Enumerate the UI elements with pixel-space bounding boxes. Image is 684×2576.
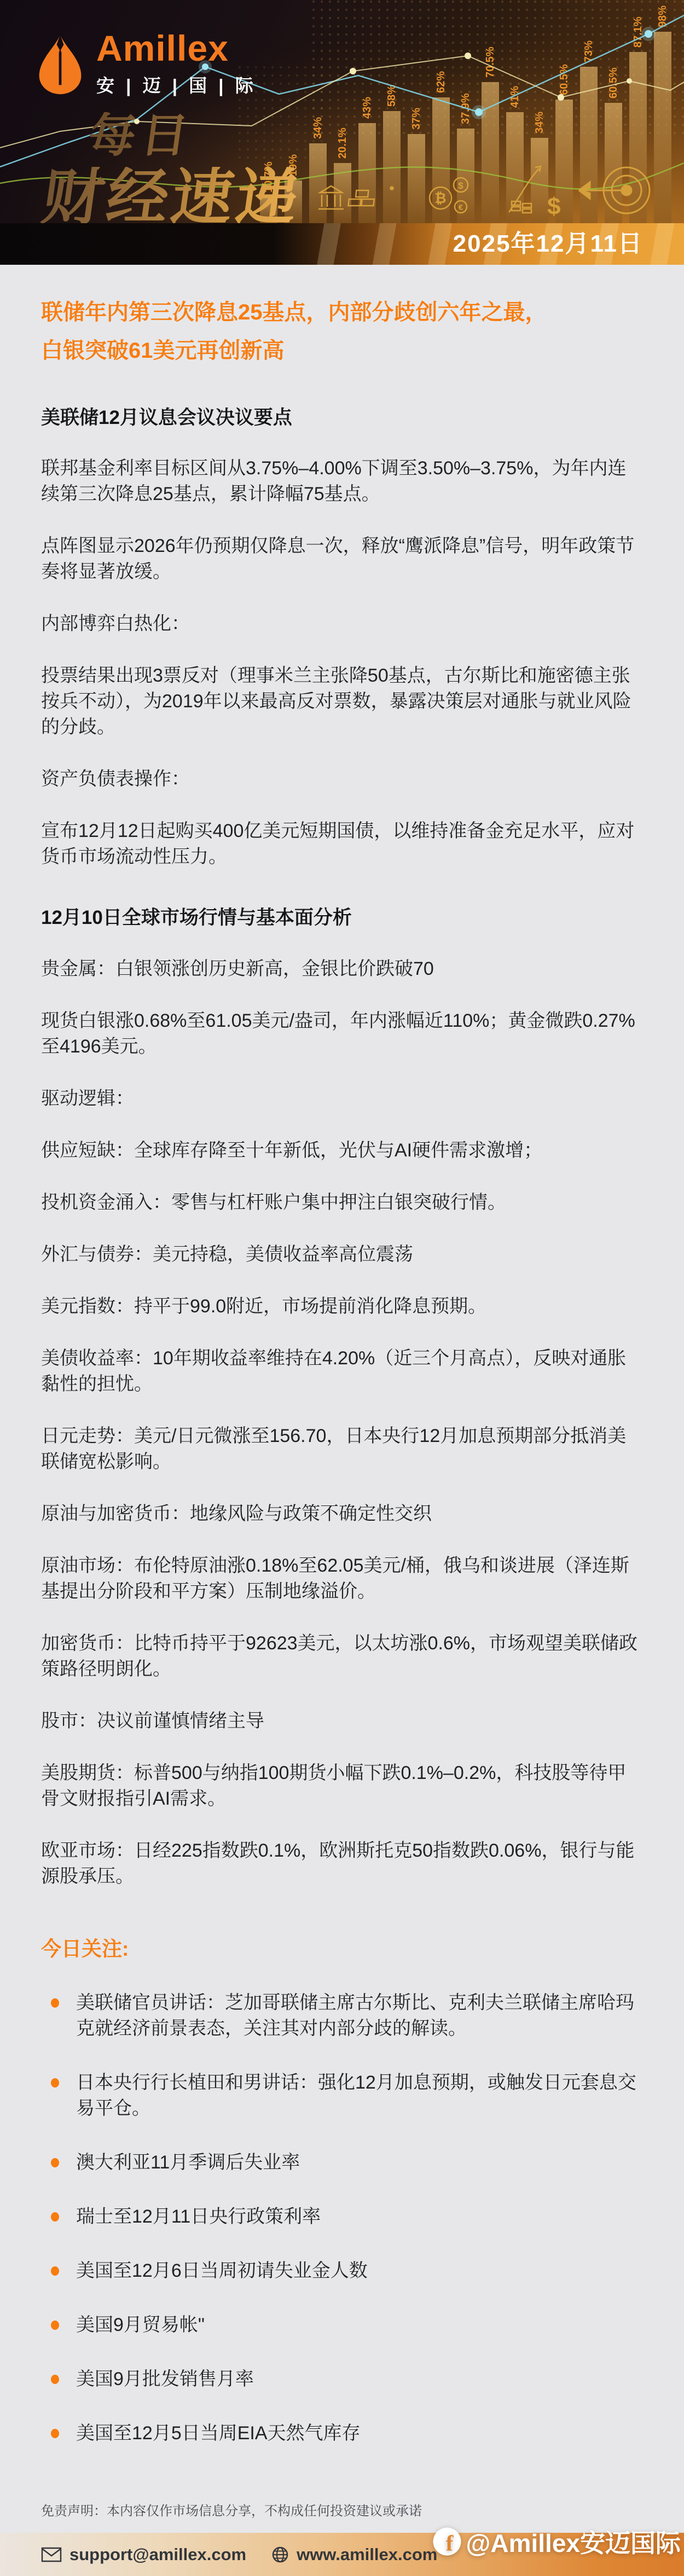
body-paragraph: 资产负债表操作：: [41, 766, 643, 792]
body-paragraph: 美债收益率：10年期收益率维持在4.20%（近三个月高点），反映对通胀黏性的担忧…: [41, 1346, 643, 1397]
page-title-line1: 每日: [48, 112, 313, 159]
body-paragraph: 投机资金涌入：零售与杠杆账户集中押注白银突破行情。: [41, 1190, 643, 1216]
svg-text:f: f: [445, 2531, 453, 2556]
focus-bullet-item: 澳大利亚11月季调后失业率: [41, 2150, 643, 2176]
body-paragraph: 宣布12月12日起购买400亿美元短期国债，以维持准备金充足水平，应对货币市场流…: [41, 818, 643, 870]
section-heading: 12月10日全球市场行情与基本面分析: [41, 905, 643, 931]
body-paragraph: 内部博弈白热化：: [41, 611, 643, 637]
date-banner: 2025年12月11日: [0, 223, 684, 265]
body-paragraph: 美股期货：标普500与纳指100期货小幅下跌0.1%–0.2%，科技股等待甲骨文…: [41, 1760, 643, 1812]
body-paragraph: 点阵图显示2026年仍预期仅降息一次，释放“鹰派降息”信号，明年政策节奏将显著放…: [41, 533, 643, 585]
body-paragraph: 驱动逻辑：: [41, 1086, 643, 1112]
envelope-icon: [41, 2547, 62, 2562]
body-paragraph: 现货白银涨0.68%至61.05美元/盎司，年内涨幅近110%；黄金微跌0.27…: [41, 1008, 643, 1060]
website-text: www.amillex.com: [297, 2545, 437, 2565]
body-paragraph: 投票结果出现3票反对（理事米兰主张降50基点，古尔斯比和施密德主张按兵不动），为…: [41, 663, 643, 740]
headline: 联储年内第三次降息25基点，内部分歧创六年之最， 白银突破61美元再创新高: [41, 293, 643, 370]
headline-line2: 白银突破61美元再创新高: [41, 332, 643, 370]
email-contact[interactable]: support@amillex.com: [41, 2545, 246, 2565]
focus-bullet-item: 瑞士至12月11日央行政策利率: [41, 2204, 643, 2230]
focus-bullet-item: 美国至12月5日当周EIA天然气库存: [41, 2421, 643, 2446]
body-paragraph: 加密货币：比特币持平于92623美元，以太坊涨0.6%，市场观望美联储政策路径明…: [41, 1631, 643, 1682]
percent-label: 34%: [312, 117, 324, 139]
headline-line1: 联储年内第三次降息25基点，内部分歧创六年之最，: [41, 293, 643, 332]
social-handle: @Amillex安迈国际: [466, 2523, 681, 2560]
focus-bullet-item: 美国9月贸易帐": [41, 2312, 643, 2338]
percent-label: 20.1%: [337, 127, 349, 159]
main-content: 联储年内第三次降息25基点，内部分歧创六年之最， 白银突破61美元再创新高 美联…: [0, 265, 684, 2533]
body-blocks: 美联储12月议息会议决议要点联邦基金利率目标区间从3.75%–4.00%下调至3…: [41, 405, 643, 1889]
flame-logo-icon: [38, 33, 82, 95]
percent-label: 60.5%: [607, 67, 619, 98]
body-paragraph: 原油市场：布伦特原油涨0.18%至62.05美元/桶，俄乌和谈进展（泽连斯基提出…: [41, 1553, 643, 1604]
brand-block: Amillex 安 | 迈 | 国 | 际: [38, 30, 257, 97]
percent-label: 58%: [386, 85, 398, 107]
svg-text:$: $: [458, 181, 463, 191]
percent-label: 62%: [435, 71, 447, 93]
body-paragraph: 原油与加密货币：地缘风险与政策不确定性交织: [41, 1501, 643, 1527]
percent-label: 60.5%: [558, 64, 570, 95]
focus-bullet-item: 美国9月批发销售月率: [41, 2366, 643, 2392]
globe-icon: [271, 2546, 289, 2563]
focus-bullet-item: 日本央行行长植田和男讲话：强化12月加息预期，或触发日元套息交易平仓。: [41, 2070, 643, 2121]
percent-label: 37%: [410, 108, 422, 130]
body-paragraph: 联邦基金利率目标区间从3.75%–4.00%下调至3.50%–3.75%，为年内…: [41, 456, 643, 507]
body-paragraph: 美元指数：持平于99.0附近，市场提前消化降息预期。: [41, 1294, 643, 1319]
body-paragraph: 贵金属：白银领涨创历史新高，金银比价跌破70: [41, 956, 643, 982]
svg-text:€: €: [459, 203, 463, 212]
percent-label: 34%: [534, 112, 546, 133]
disclaimer: 免责声明：本内容仅作市场信息分享，不构成任何投资建议或承诺: [41, 2500, 422, 2519]
body-paragraph: 欧亚市场：日经225指数跌0.1%，欧洲斯托克50指数跌0.06%，银行与能源股…: [41, 1838, 643, 1889]
facebook-icon: f: [432, 2527, 462, 2556]
date-text: 2025年12月11日: [453, 223, 643, 265]
svg-text:$: $: [547, 193, 560, 220]
focus-list: 美联储官员讲话：芝加哥联储主席古尔斯比、克利夫兰联储主席哈玛克就经济前景表态，关…: [41, 1990, 643, 2446]
focus-title: 今日关注:: [41, 1932, 643, 1962]
body-paragraph: 外汇与债券：美元持稳，美债收益率高位震荡: [41, 1242, 643, 1267]
percent-label: 70.5%: [484, 46, 496, 78]
brand-name: Amillex: [96, 30, 257, 66]
body-paragraph: 股市：决议前谨慎情绪主导: [41, 1708, 643, 1734]
page-title-line2: 财经速递: [38, 167, 305, 223]
website-contact[interactable]: www.amillex.com: [271, 2545, 437, 2565]
focus-bullet-item: 美国至12月6日当周初请失业金人数: [41, 2258, 643, 2284]
email-text: support@amillex.com: [69, 2545, 246, 2565]
page-title: 每日 财经速递: [38, 112, 313, 223]
header-banner: 10.7% 19% 34% 20.1% 43% 58% 37% 62% 37.9…: [0, 0, 684, 223]
body-paragraph: 日元走势：美元/日元微涨至156.70，日本央行12月加息预期部分抵消美联储宽松…: [41, 1423, 643, 1475]
section-heading: 美联储12月议息会议决议要点: [41, 405, 643, 431]
social-badge[interactable]: f @Amillex安迈国际: [432, 2523, 681, 2560]
focus-bullet-item: 美联储官员讲话：芝加哥联储主席古尔斯比、克利夫兰联储主席哈玛克就经济前景表态，关…: [41, 1990, 643, 2042]
svg-text:₿: ₿: [434, 190, 446, 206]
brand-name-cn: 安 | 迈 | 国 | 际: [96, 72, 257, 97]
body-paragraph: 供应短缺：全球库存降至十年新低，光伏与AI硬件需求激增；: [41, 1138, 643, 1164]
page: 10.7% 19% 34% 20.1% 43% 58% 37% 62% 37.9…: [0, 0, 684, 2576]
percent-label: 43%: [361, 97, 373, 119]
